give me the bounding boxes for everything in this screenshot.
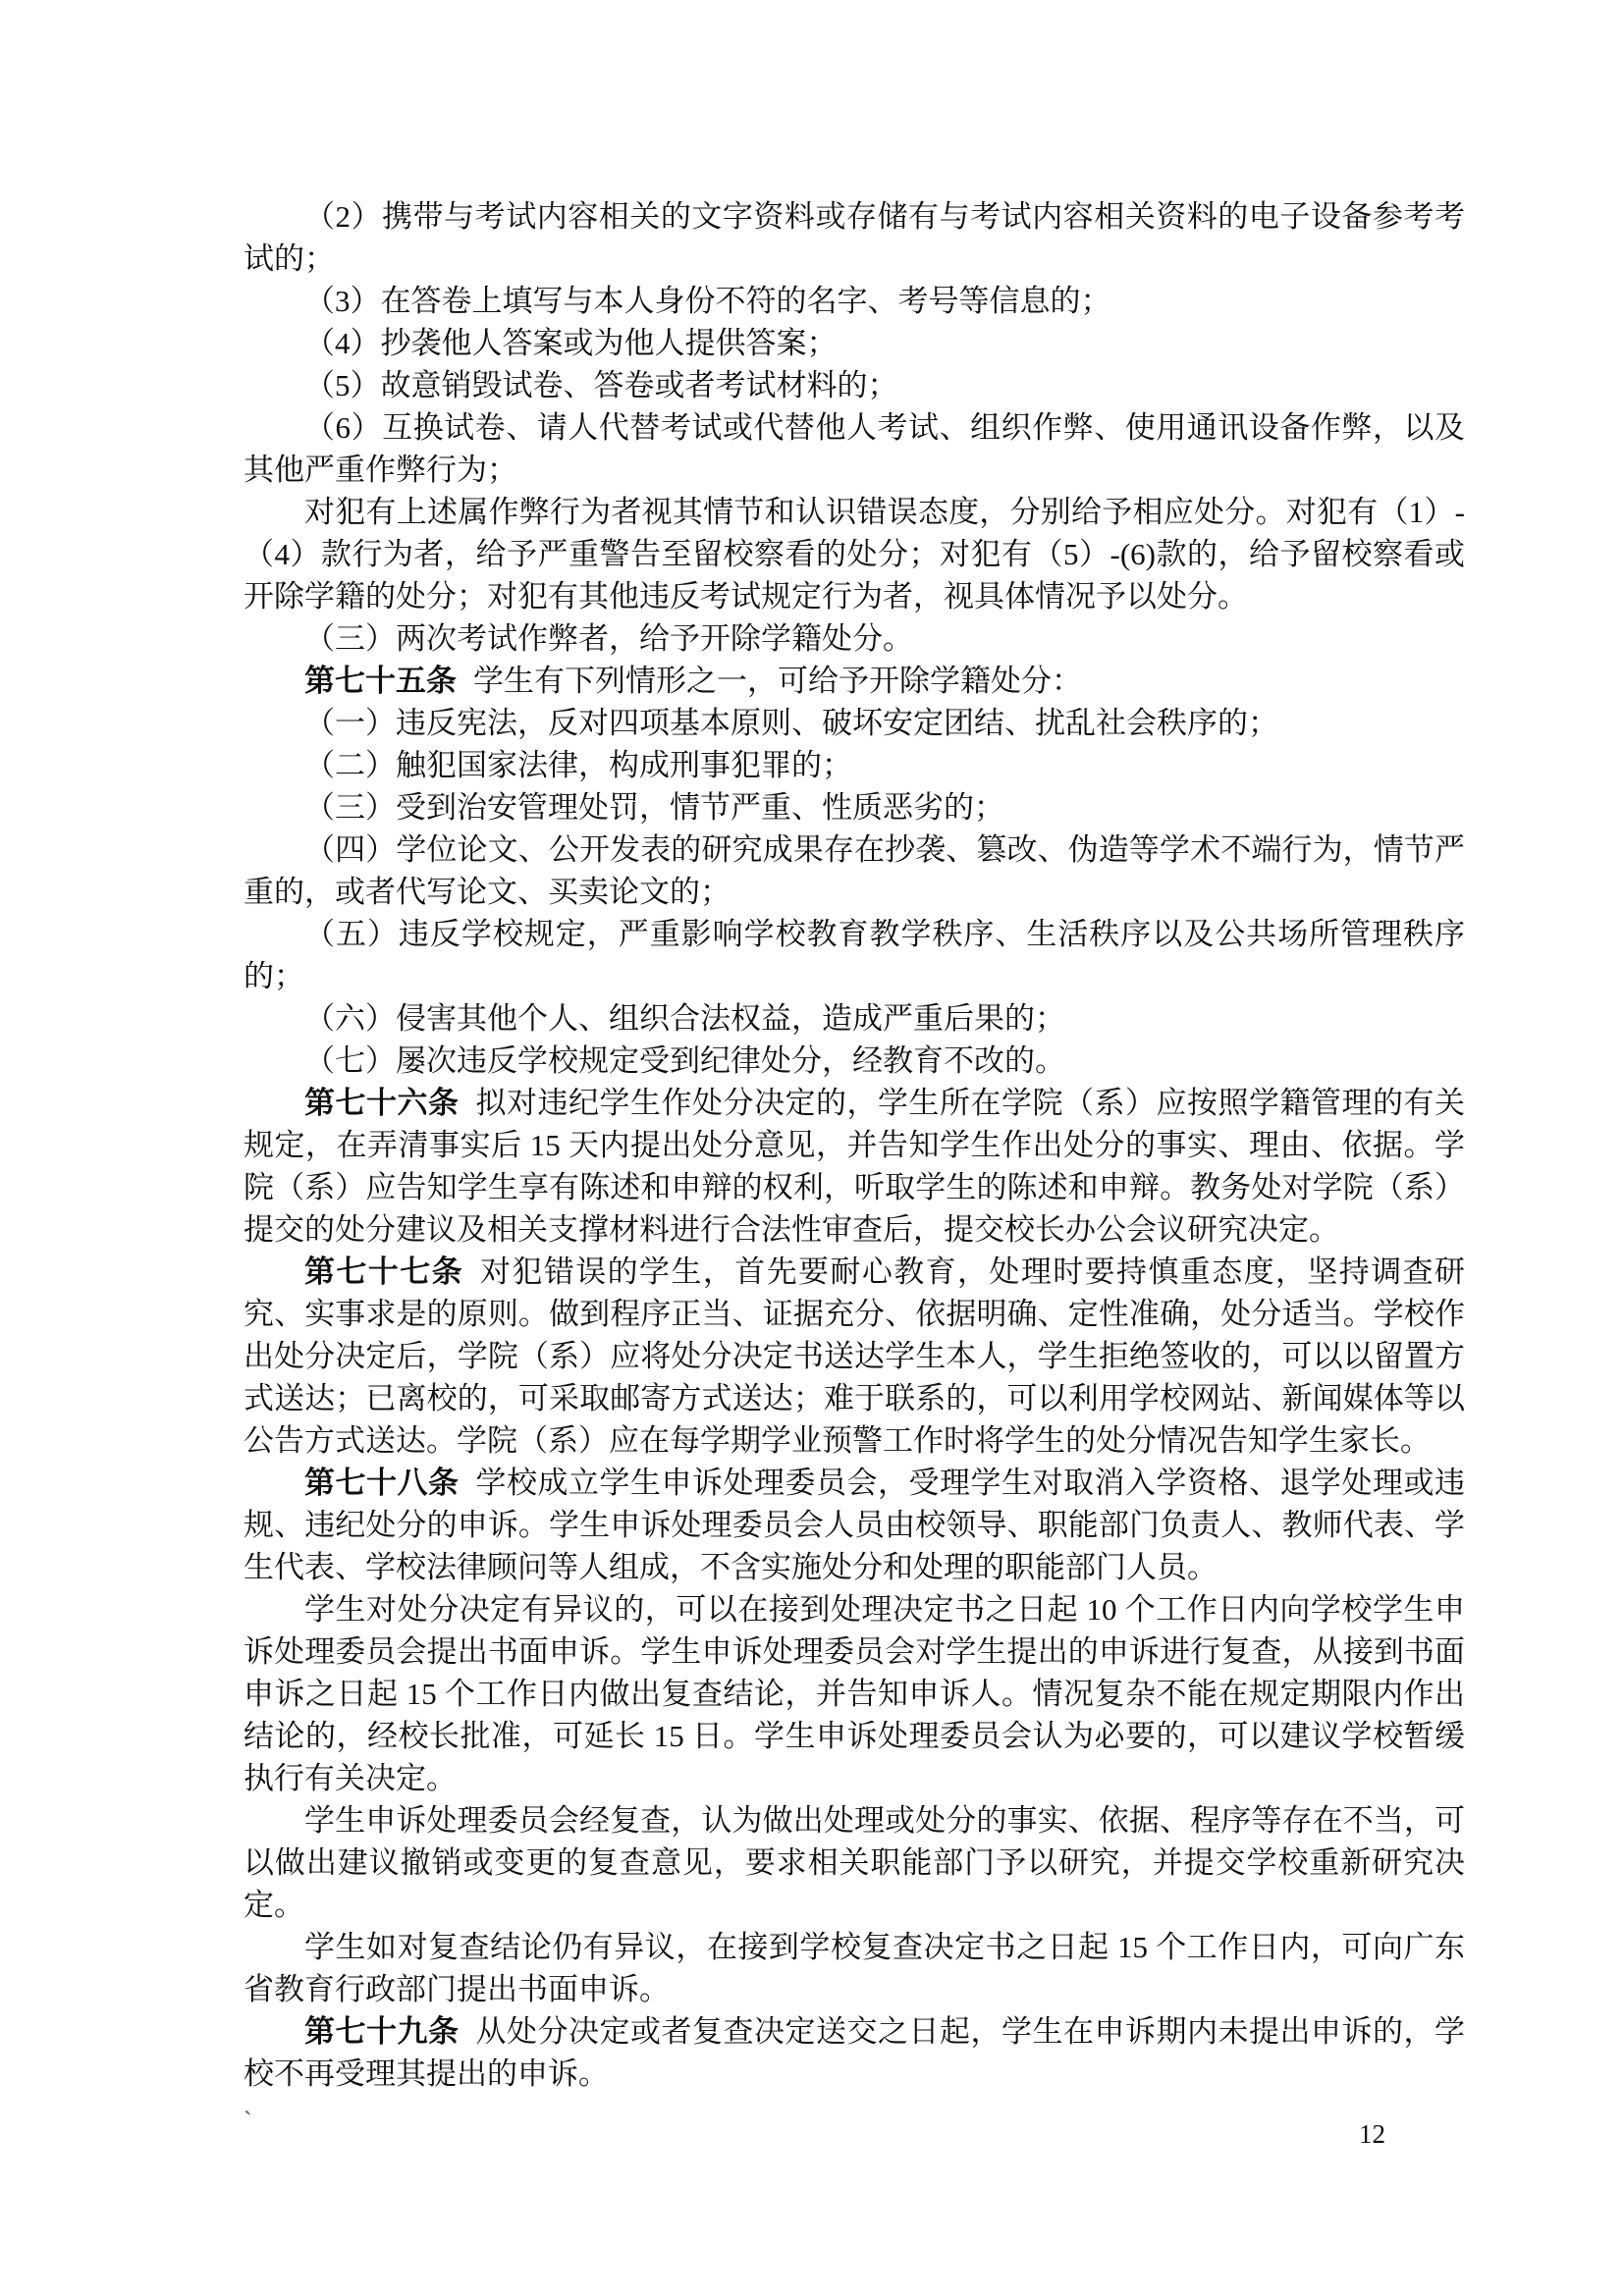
paragraph: （六）侵害其他个人、组织合法权益，造成严重后果的；	[244, 997, 1465, 1040]
paragraph-text: 学生对处分决定有异议的，可以在接到处理决定书之日起 10 个工作日内向学校学生申…	[244, 1592, 1465, 1795]
paragraph-text: （七）屡次违反学校规定受到纪律处分，经教育不改的。	[304, 1043, 1065, 1078]
paragraph: （四）学位论文、公开发表的研究成果存在抄袭、篡改、伪造等学术不端行为，情节严重的…	[244, 828, 1465, 913]
paragraph-article-75: 第七十五条学生有下列情形之一，可给予开除学籍处分：	[244, 660, 1465, 702]
article-number: 第七十六条	[304, 1086, 460, 1120]
paragraph: 学生申诉处理委员会经复查，认为做出处理或处分的事实、依据、程序等存在不当，可以做…	[244, 1799, 1465, 1926]
paragraph-article-77: 第七十七条对犯错误的学生，首先要耐心教育，处理时要持慎重态度，坚持调查研究、实事…	[244, 1251, 1465, 1462]
paragraph-text: （6）互换试卷、请人代替考试或代替他人考试、组织作弊、使用通讯设备作弊，以及其他…	[244, 410, 1465, 487]
paragraph-text: 学生如对复查结论仍有异议，在接到学校复查决定书之日起 15 个工作日内，可向广东…	[244, 1930, 1465, 2006]
article-number: 第七十八条	[304, 1466, 460, 1500]
paragraph-article-76: 第七十六条拟对违纪学生作处分决定的，学生所在学院（系）应按照学籍管理的有关规定，…	[244, 1082, 1465, 1251]
paragraph: 学生对处分决定有异议的，可以在接到处理决定书之日起 10 个工作日内向学校学生申…	[244, 1588, 1465, 1799]
paragraph-article-79: 第七十九条从处分决定或者复查决定送交之日起，学生在申诉期内未提出申诉的，学校不再…	[244, 2010, 1465, 2095]
paragraph-text: （一）违反宪法，反对四项基本原则、破坏安定团结、扰乱社会秩序的；	[304, 706, 1278, 740]
paragraph: 学生如对复查结论仍有异议，在接到学校复查决定书之日起 15 个工作日内，可向广东…	[244, 1926, 1465, 2010]
stray-mark: `	[244, 2107, 252, 2136]
paragraph: （3）在答卷上填写与本人身份不符的名字、考号等信息的；	[244, 280, 1465, 322]
paragraph-text: （二）触犯国家法律，构成刑事犯罪的；	[304, 748, 852, 782]
paragraph-text: （5）故意销毁试卷、答卷或者考试材料的；	[304, 368, 898, 402]
paragraph: （七）屡次违反学校规定受到纪律处分，经教育不改的。	[244, 1040, 1465, 1082]
paragraph-text: （四）学位论文、公开发表的研究成果存在抄袭、篡改、伪造等学术不端行为，情节严重的…	[244, 832, 1465, 909]
document-page: （2）携带与考试内容相关的文字资料或存储有与考试内容相关资料的电子设备参考考试的…	[0, 0, 1624, 2296]
paragraph: （五）违反学校规定，严重影响学校教育教学秩序、生活秩序以及公共场所管理秩序的；	[244, 913, 1465, 997]
paragraph: （三）两次考试作弊者，给予开除学籍处分。	[244, 617, 1465, 660]
paragraph-text: （三）受到治安管理处罚，情节严重、性质恶劣的；	[304, 790, 1004, 825]
paragraph: 对犯有上述属作弊行为者视其情节和认识错误态度，分别给予相应处分。对犯有（1）-（…	[244, 491, 1465, 617]
paragraph: （5）故意销毁试卷、答卷或者考试材料的；	[244, 364, 1465, 406]
paragraph: （4）抄袭他人答案或为他人提供答案；	[244, 322, 1465, 364]
paragraph-text: （六）侵害其他个人、组织合法权益，造成严重后果的；	[304, 1001, 1065, 1036]
article-number: 第七十五条	[304, 664, 457, 698]
article-number: 第七十九条	[304, 2014, 460, 2049]
paragraph-text: （3）在答卷上填写与本人身份不符的名字、考号等信息的；	[304, 284, 1111, 318]
paragraph: （二）触犯国家法律，构成刑事犯罪的；	[244, 744, 1465, 786]
paragraph: （三）受到治安管理处罚，情节严重、性质恶劣的；	[244, 786, 1465, 828]
paragraph-text: （五）违反学校规定，严重影响学校教育教学秩序、生活秩序以及公共场所管理秩序的；	[244, 917, 1465, 993]
paragraph-article-78: 第七十八条学校成立学生申诉处理委员会，受理学生对取消入学资格、退学处理或违规、违…	[244, 1462, 1465, 1588]
paragraph-text: 对犯有上述属作弊行为者视其情节和认识错误态度，分别给予相应处分。对犯有（1）-（…	[244, 495, 1465, 614]
paragraph-text: （2）携带与考试内容相关的文字资料或存储有与考试内容相关资料的电子设备参考考试的…	[244, 199, 1465, 276]
paragraph: （6）互换试卷、请人代替考试或代替他人考试、组织作弊、使用通讯设备作弊，以及其他…	[244, 406, 1465, 491]
page-number: 12	[1359, 2118, 1385, 2150]
paragraph-text: 学生申诉处理委员会经复查，认为做出处理或处分的事实、依据、程序等存在不当，可以做…	[244, 1803, 1465, 1922]
document-text-block: （2）携带与考试内容相关的文字资料或存储有与考试内容相关资料的电子设备参考考试的…	[244, 195, 1465, 2095]
paragraph-text: （4）抄袭他人答案或为他人提供答案；	[304, 326, 838, 360]
paragraph: （一）违反宪法，反对四项基本原则、破坏安定团结、扰乱社会秩序的；	[244, 702, 1465, 744]
paragraph: （2）携带与考试内容相关的文字资料或存储有与考试内容相关资料的电子设备参考考试的…	[244, 195, 1465, 280]
paragraph-text: 学生有下列情形之一，可给予开除学籍处分：	[473, 664, 1082, 698]
paragraph-text: （三）两次考试作弊者，给予开除学籍处分。	[304, 621, 913, 656]
article-number: 第七十七条	[304, 1255, 463, 1289]
